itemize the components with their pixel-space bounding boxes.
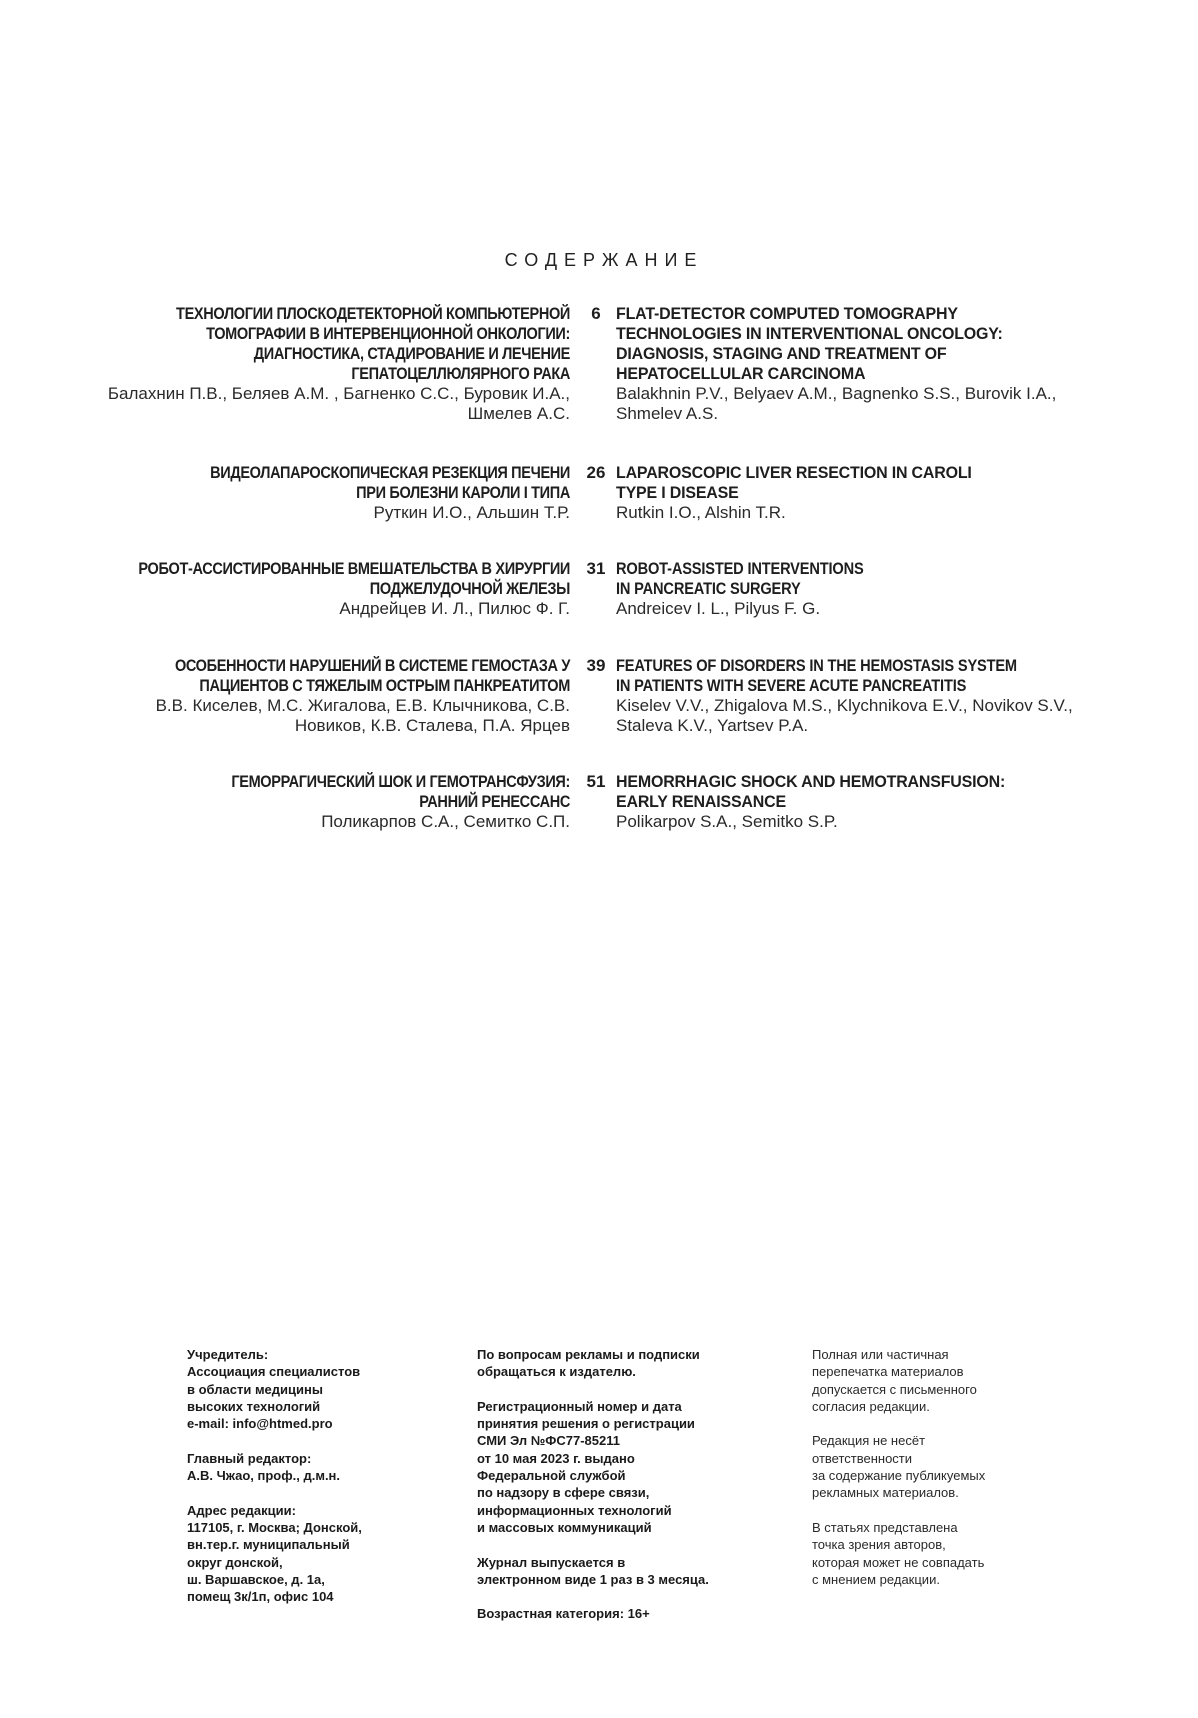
imprint-line: ш. Варшавское, д. 1а, bbox=[187, 1571, 447, 1588]
imprint-line: e-mail: info@htmed.pro bbox=[187, 1415, 447, 1432]
imprint-paragraph: Редакция не несётответственностиза содер… bbox=[812, 1432, 1052, 1501]
ru-title: РОБОТ-АССИСТИРОВАННЫЕ ВМЕШАТЕЛЬСТВА В ХИ… bbox=[10, 559, 570, 599]
imprint-line: Учредитель: bbox=[187, 1346, 447, 1363]
toc-entry-en: ROBOT-ASSISTED INTERVENTIONS IN PANCREAT… bbox=[616, 559, 1136, 619]
ru-authors: В.В. Киселев, М.С. Жигалова, Е.В. Клычни… bbox=[10, 696, 570, 736]
imprint-registration-column: По вопросам рекламы и подпискиобращаться… bbox=[477, 1346, 777, 1623]
imprint-line: перепечатка материалов bbox=[812, 1363, 1052, 1380]
toc-entry-en: LAPAROSCOPIC LIVER RESECTION IN CAROLI T… bbox=[616, 463, 1136, 523]
imprint-paragraph: Учредитель:Ассоциация специалистовв обла… bbox=[187, 1346, 447, 1432]
en-title: HEMORRHAGIC SHOCK AND HEMOTRANSFUSION: E… bbox=[616, 772, 1142, 812]
imprint-line: за содержание публикуемых bbox=[812, 1467, 1052, 1484]
en-title: FEATURES OF DISORDERS IN THE HEMOSTASIS … bbox=[616, 656, 1132, 696]
toc-entry-en: FLAT-DETECTOR COMPUTED TOMOGRAPHY TECHNO… bbox=[616, 304, 1136, 424]
imprint-line: Возрастная категория: 16+ bbox=[477, 1605, 777, 1622]
imprint-line: информационных технологий bbox=[477, 1502, 777, 1519]
toc-entry-en: HEMORRHAGIC SHOCK AND HEMOTRANSFUSION: E… bbox=[616, 772, 1136, 832]
imprint-line: по надзору в сфере связи, bbox=[477, 1484, 777, 1501]
imprint-paragraph: Возрастная категория: 16+ bbox=[477, 1605, 777, 1622]
imprint-paragraph: В статьях представленаточка зрения автор… bbox=[812, 1519, 1052, 1588]
imprint-line: Журнал выпускается в bbox=[477, 1554, 777, 1571]
page-title: СОДЕРЖАНИЕ bbox=[0, 250, 1198, 271]
imprint-line: вн.тер.г. муниципальный bbox=[187, 1536, 447, 1553]
imprint-line: помещ 3к/1п, офис 104 bbox=[187, 1588, 447, 1605]
imprint-line: округ донской, bbox=[187, 1554, 447, 1571]
imprint-paragraph: Журнал выпускается вэлектронном виде 1 р… bbox=[477, 1554, 777, 1589]
page-number[interactable]: 6 bbox=[578, 304, 614, 324]
ru-authors: Андрейцев И. Л., Пилюс Ф. Г. bbox=[10, 599, 570, 619]
imprint-paragraph: Адрес редакции:117105, г. Москва; Донско… bbox=[187, 1502, 447, 1606]
imprint-line: согласия редакции. bbox=[812, 1398, 1052, 1415]
imprint-paragraph: По вопросам рекламы и подпискиобращаться… bbox=[477, 1346, 777, 1381]
imprint-line: допускается с письменного bbox=[812, 1381, 1052, 1398]
toc-entry-ru: РОБОТ-АССИСТИРОВАННЫЕ ВМЕШАТЕЛЬСТВА В ХИ… bbox=[10, 559, 570, 619]
imprint-paragraph: Регистрационный номер и датапринятия реш… bbox=[477, 1398, 777, 1536]
imprint-line: В статьях представлена bbox=[812, 1519, 1052, 1536]
ru-authors: Руткин И.О., Альшин Т.Р. bbox=[10, 503, 570, 523]
ru-title: ТЕХНОЛОГИИ ПЛОСКОДЕТЕКТОРНОЙ КОМПЬЮТЕРНО… bbox=[10, 304, 570, 384]
imprint-line: Редакция не несёт bbox=[812, 1432, 1052, 1449]
imprint-line: высоких технологий bbox=[187, 1398, 447, 1415]
imprint-paragraph: Главный редактор:А.В. Чжао, проф., д.м.н… bbox=[187, 1450, 447, 1485]
ru-authors: Поликарпов С.А., Семитко С.П. bbox=[10, 812, 570, 832]
toc-entry-en: FEATURES OF DISORDERS IN THE HEMOSTASIS … bbox=[616, 656, 1136, 736]
imprint-line: принятия решения о регистрации bbox=[477, 1415, 777, 1432]
imprint-line: А.В. Чжао, проф., д.м.н. bbox=[187, 1467, 447, 1484]
ru-title: ОСОБЕННОСТИ НАРУШЕНИЙ В СИСТЕМЕ ГЕМОСТАЗ… bbox=[10, 656, 570, 696]
ru-title: ВИДЕОЛАПАРОСКОПИЧЕСКАЯ РЕЗЕКЦИЯ ПЕЧЕНИ П… bbox=[10, 463, 570, 503]
imprint-line: Главный редактор: bbox=[187, 1450, 447, 1467]
imprint-line: По вопросам рекламы и подписки bbox=[477, 1346, 777, 1363]
toc-entry-ru: ГЕМОРРАГИЧЕСКИЙ ШОК И ГЕМОТРАНСФУЗИЯ: РА… bbox=[10, 772, 570, 832]
en-title: ROBOT-ASSISTED INTERVENTIONS IN PANCREAT… bbox=[616, 559, 1132, 599]
page-number[interactable]: 39 bbox=[578, 656, 614, 676]
en-title: FLAT-DETECTOR COMPUTED TOMOGRAPHY TECHNO… bbox=[616, 304, 1142, 384]
en-authors: Rutkin I.O., Alshin T.R. bbox=[616, 503, 1136, 523]
imprint-line: в области медицины bbox=[187, 1381, 447, 1398]
imprint-line: рекламных материалов. bbox=[812, 1484, 1052, 1501]
ru-title: ГЕМОРРАГИЧЕСКИЙ ШОК И ГЕМОТРАНСФУЗИЯ: РА… bbox=[10, 772, 570, 812]
imprint-line: обращаться к издателю. bbox=[477, 1363, 777, 1380]
imprint-line: Полная или частичная bbox=[812, 1346, 1052, 1363]
imprint-line: Ассоциация специалистов bbox=[187, 1363, 447, 1380]
toc-entry-ru: ОСОБЕННОСТИ НАРУШЕНИЙ В СИСТЕМЕ ГЕМОСТАЗ… bbox=[10, 656, 570, 736]
imprint-line: Адрес редакции: bbox=[187, 1502, 447, 1519]
en-authors: Balakhnin P.V., Belyaev A.M., Bagnenko S… bbox=[616, 384, 1136, 424]
imprint-line: электронном виде 1 раз в 3 месяца. bbox=[477, 1571, 777, 1588]
en-title: LAPAROSCOPIC LIVER RESECTION IN CAROLI T… bbox=[616, 463, 1142, 503]
imprint-line: ответственности bbox=[812, 1450, 1052, 1467]
imprint-line: 117105, г. Москва; Донской, bbox=[187, 1519, 447, 1536]
imprint-founder-column: Учредитель:Ассоциация специалистовв обла… bbox=[187, 1346, 447, 1605]
imprint-line: Федеральной службой bbox=[477, 1467, 777, 1484]
en-authors: Polikarpov S.A., Semitko S.P. bbox=[616, 812, 1136, 832]
imprint-line: СМИ Эл №ФС77-85211 bbox=[477, 1432, 777, 1449]
imprint-line: от 10 мая 2023 г. выдано bbox=[477, 1450, 777, 1467]
page-number[interactable]: 31 bbox=[578, 559, 614, 579]
page-number[interactable]: 26 bbox=[578, 463, 614, 483]
toc-entry-ru: ВИДЕОЛАПАРОСКОПИЧЕСКАЯ РЕЗЕКЦИЯ ПЕЧЕНИ П… bbox=[10, 463, 570, 523]
ru-authors: Балахнин П.В., Беляев А.М. , Багненко С.… bbox=[10, 384, 570, 424]
en-authors: Andreicev I. L., Pilyus F. G. bbox=[616, 599, 1136, 619]
imprint-line: точка зрения авторов, bbox=[812, 1536, 1052, 1553]
imprint-line: и массовых коммуникаций bbox=[477, 1519, 777, 1536]
page-number[interactable]: 51 bbox=[578, 772, 614, 792]
en-authors: Kiselev V.V., Zhigalova M.S., Klychnikov… bbox=[616, 696, 1136, 736]
imprint-line: с мнением редакции. bbox=[812, 1571, 1052, 1588]
imprint-line: Регистрационный номер и дата bbox=[477, 1398, 777, 1415]
imprint-line: которая может не совпадать bbox=[812, 1554, 1052, 1571]
imprint-paragraph: Полная или частичнаяперепечатка материал… bbox=[812, 1346, 1052, 1415]
imprint-disclaimer-column: Полная или частичнаяперепечатка материал… bbox=[812, 1346, 1052, 1588]
toc-entry-ru: ТЕХНОЛОГИИ ПЛОСКОДЕТЕКТОРНОЙ КОМПЬЮТЕРНО… bbox=[10, 304, 570, 424]
